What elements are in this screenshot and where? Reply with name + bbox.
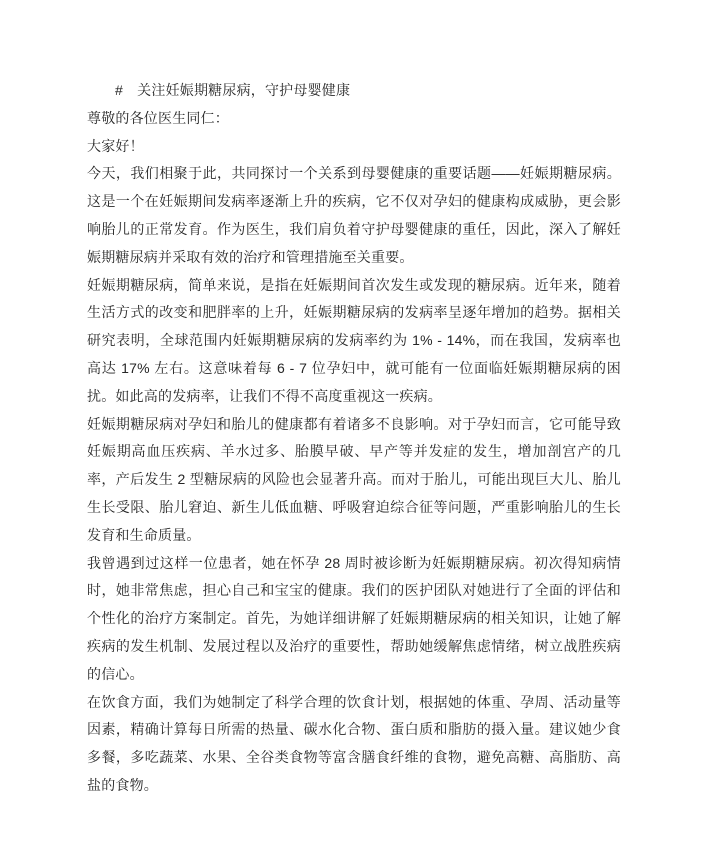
- paragraph-definition-incidence: 妊娠期糖尿病，简单来说，是指在妊娠期间首次发生或发现的糖尿病。近年来，随着生活方…: [87, 272, 621, 411]
- paragraph-diet-plan: 在饮食方面，我们为她制定了科学合理的饮食计划，根据她的体重、孕周、活动量等因素，…: [87, 689, 621, 800]
- paragraph-salutation: 尊敬的各位医生同仁：: [87, 105, 621, 133]
- paragraph-intro: 今天，我们相聚于此，共同探讨一个关系到母婴健康的重要话题——妊娠期糖尿病。这是一…: [87, 160, 621, 271]
- document-title: # 关注妊娠期糖尿病，守护母婴健康: [87, 77, 621, 105]
- paragraph-greeting: 大家好！: [87, 133, 621, 161]
- paragraph-patient-case: 我曾遇到过这样一位患者，她在怀孕 28 周时被诊断为妊娠期糖尿病。初次得知病情时…: [87, 550, 621, 689]
- document-page: # 关注妊娠期糖尿病，守护母婴健康 尊敬的各位医生同仁： 大家好！ 今天，我们相…: [0, 0, 708, 841]
- paragraph-health-impacts: 妊娠期糖尿病对孕妇和胎儿的健康都有着诸多不良影响。对于孕妇而言，它可能导致妊娠期…: [87, 411, 621, 550]
